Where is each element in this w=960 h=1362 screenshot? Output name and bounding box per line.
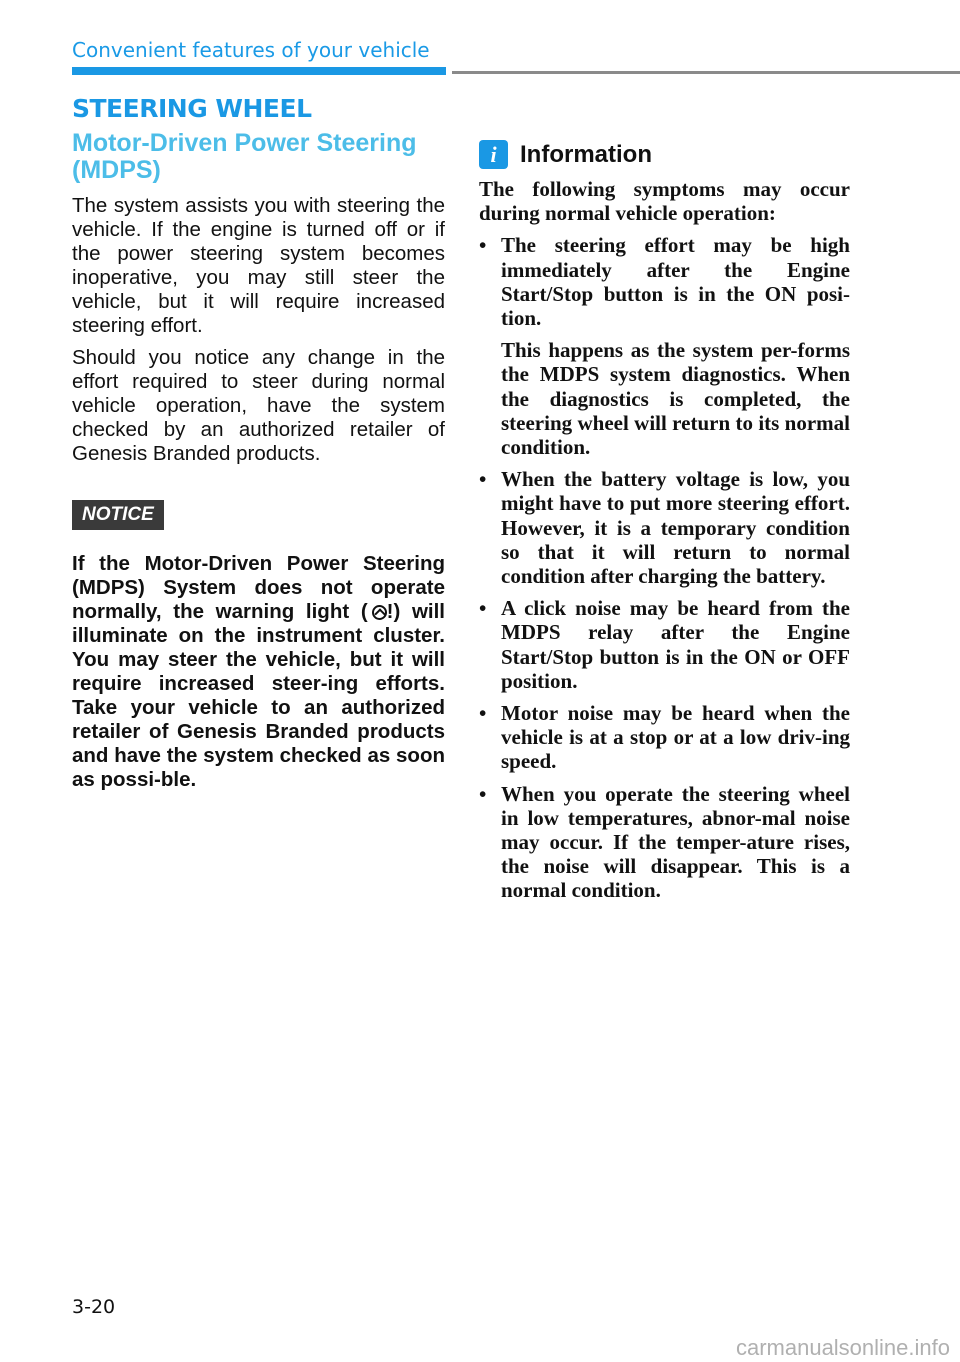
notice-badge: NOTICE [72, 500, 164, 530]
bullet-icon: • [479, 596, 486, 620]
list-item-followup: This happens as the system per-forms the… [501, 338, 850, 459]
bullet-icon: • [479, 467, 486, 491]
info-icon: i [479, 140, 508, 169]
list-item-text: Motor noise may be heard when the vehicl… [501, 701, 850, 774]
information-header: i Information [479, 140, 850, 169]
information-title: Information [520, 141, 652, 169]
header-accent-bar [72, 67, 446, 75]
list-item: • The steering effort may be high immedi… [479, 233, 850, 459]
mdps-paragraph-2: Should you notice any change in the effo… [72, 346, 445, 466]
mdps-paragraph-1: The system assists you with steering the… [72, 194, 445, 338]
information-box: i Information The following symptoms may… [479, 140, 850, 911]
steering-warning-icon [372, 605, 387, 620]
page-number: 3-20 [72, 1296, 115, 1318]
mdps-heading: Motor-Driven Power Steering (MDPS) [72, 130, 445, 184]
bullet-icon: • [479, 782, 486, 806]
symptom-list: • The steering effort may be high immedi… [479, 233, 850, 902]
chapter-header: Convenient features of your vehicle [72, 38, 430, 62]
list-item-text: A click noise may be heard from the MDPS… [501, 596, 850, 693]
left-column: Motor-Driven Power Steering (MDPS) The s… [72, 130, 445, 792]
bullet-icon: • [479, 233, 486, 257]
list-item-text: When the battery voltage is low, you mig… [501, 467, 850, 588]
section-title: STEERING WHEEL [72, 94, 312, 123]
information-intro: The following symptoms may occur during … [479, 177, 850, 225]
notice-text-after: ) will illuminate on the instrument clus… [72, 600, 445, 791]
list-item-text: When you operate the steering wheel in l… [501, 782, 850, 903]
notice-text: If the Motor-Driven Power Steering (MDPS… [72, 552, 445, 792]
list-item: • When you operate the steering wheel in… [479, 782, 850, 903]
header-rule [452, 71, 960, 74]
list-item: • Motor noise may be heard when the vehi… [479, 701, 850, 774]
watermark: carmanualsonline.info [736, 1335, 950, 1361]
list-item-text: The steering effort may be high immediat… [501, 233, 850, 330]
list-item: • A click noise may be heard from the MD… [479, 596, 850, 693]
list-item: • When the battery voltage is low, you m… [479, 467, 850, 588]
bullet-icon: • [479, 701, 486, 725]
